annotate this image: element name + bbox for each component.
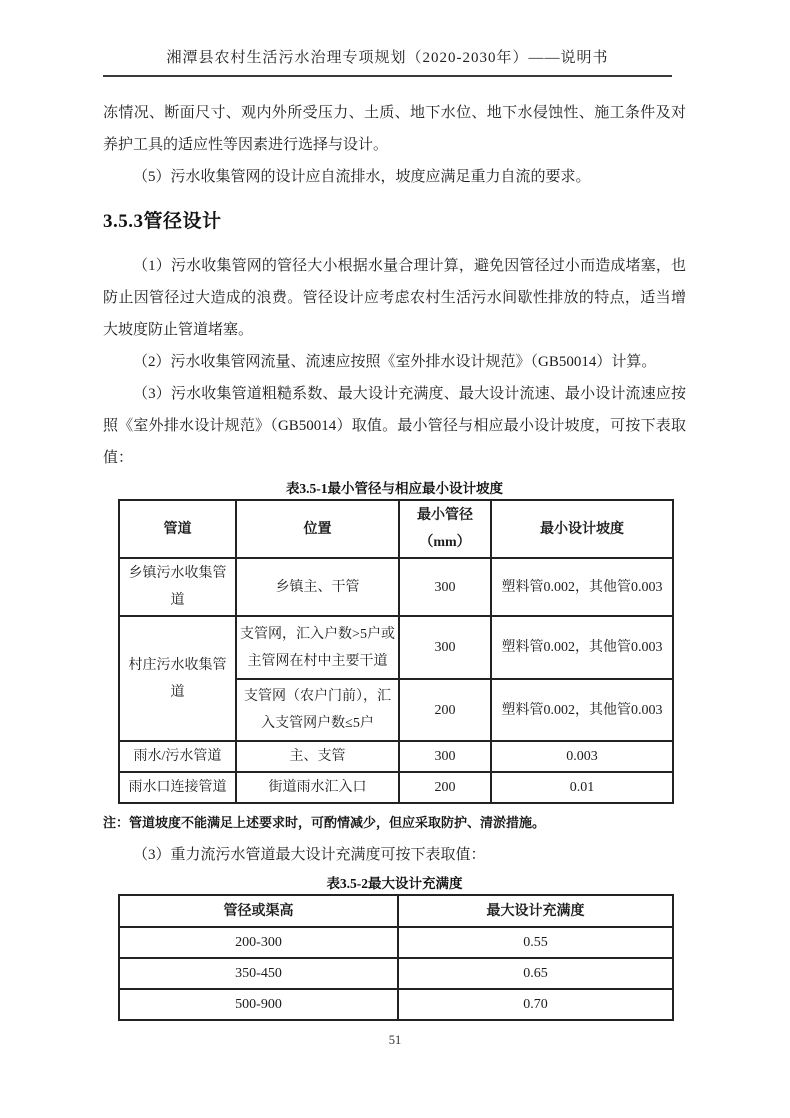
table1-note: 注：管道坡度不能满足上述要求时，可酌情减少，但应采取防护、清淤措施。 [103, 813, 686, 833]
table1-caption: 表3.5-1最小管径与相应最小设计坡度 [103, 478, 686, 499]
table1-header-min-slope: 最小设计坡度 [491, 500, 673, 558]
document-page: 湘潭县农村生活污水治理专项规划（2020-2030年）——说明书 冻情况、断面尺… [0, 0, 790, 1118]
paragraph-item3b: （3）重力流污水管道最大设计充满度可按下表取值： [103, 839, 686, 871]
section-heading-3-5-3: 3.5.3管径设计 [103, 206, 686, 233]
page-content: 冻情况、断面尺寸、观内外所受压力、土质、地下水位、地下水侵蚀性、施工条件及对养护… [103, 97, 686, 1021]
table1-cell: 雨水口连接管道 [119, 772, 236, 803]
table1-cell: 300 [399, 616, 491, 679]
table1-cell-merged-village: 村庄污水收集管道 [119, 616, 236, 741]
table1-header-min-diameter: 最小管径（mm） [399, 500, 491, 558]
table2-cell: 0.65 [398, 958, 673, 989]
table1-cell: 200 [399, 772, 491, 803]
table1-cell: 乡镇主、干管 [236, 558, 399, 616]
table1-cell: 0.003 [491, 741, 673, 772]
table2-cell: 200-300 [119, 927, 398, 958]
table1-cell: 主、支管 [236, 741, 399, 772]
document-header-title: 湘潭县农村生活污水治理专项规划（2020-2030年）——说明书 [103, 0, 672, 77]
table-max-fill-degree: 管径或渠高 最大设计充满度 200-300 0.55 350-450 0.65 … [118, 894, 674, 1021]
table1-header-location: 位置 [236, 500, 399, 558]
table-row: 200-300 0.55 [119, 927, 673, 958]
table1-cell: 塑料管0.002，其他管0.003 [491, 679, 673, 741]
table1-cell: 支管网（农户门前），汇入支管网户数≤5户 [236, 679, 399, 741]
table-row: 雨水口连接管道 街道雨水汇入口 200 0.01 [119, 772, 673, 803]
table1-header-pipe: 管道 [119, 500, 236, 558]
table-row: 管径或渠高 最大设计充满度 [119, 895, 673, 927]
table2-cell: 0.55 [398, 927, 673, 958]
table2-header-diameter: 管径或渠高 [119, 895, 398, 927]
table-min-diameter-slope: 管道 位置 最小管径（mm） 最小设计坡度 乡镇污水收集管道 乡镇主、干管 30… [118, 499, 674, 804]
table1-cell: 200 [399, 679, 491, 741]
table1-cell: 塑料管0.002，其他管0.003 [491, 616, 673, 679]
table-row: 乡镇污水收集管道 乡镇主、干管 300 塑料管0.002，其他管0.003 [119, 558, 673, 616]
page-number: 51 [0, 1033, 790, 1048]
table1-cell: 乡镇污水收集管道 [119, 558, 236, 616]
paragraph-item1: （1）污水收集管网的管径大小根据水量合理计算，避免因管径过小而造成堵塞，也防止因… [103, 250, 686, 346]
table2-cell: 500-900 [119, 989, 398, 1020]
table1-cell: 300 [399, 741, 491, 772]
table1-cell: 0.01 [491, 772, 673, 803]
table1-cell: 街道雨水汇入口 [236, 772, 399, 803]
table1-cell: 支管网，汇入户数>5户或主管网在村中主要干道 [236, 616, 399, 679]
table-row: 350-450 0.65 [119, 958, 673, 989]
paragraph-continuation: 冻情况、断面尺寸、观内外所受压力、土质、地下水位、地下水侵蚀性、施工条件及对养护… [103, 97, 686, 161]
table2-cell: 0.70 [398, 989, 673, 1020]
paragraph-item3: （3）污水收集管道粗糙系数、最大设计充满度、最大设计流速、最小设计流速应按照《室… [103, 378, 686, 474]
table-row: 雨水/污水管道 主、支管 300 0.003 [119, 741, 673, 772]
paragraph-item2: （2）污水收集管网流量、流速应按照《室外排水设计规范》（GB50014）计算。 [103, 346, 686, 378]
table-row: 村庄污水收集管道 支管网，汇入户数>5户或主管网在村中主要干道 300 塑料管0… [119, 616, 673, 679]
table-row: 500-900 0.70 [119, 989, 673, 1020]
table2-caption: 表3.5-2最大设计充满度 [103, 873, 686, 894]
table2-header-fill: 最大设计充满度 [398, 895, 673, 927]
paragraph-item5: （5）污水收集管网的设计应自流排水，坡度应满足重力自流的要求。 [103, 161, 686, 193]
table1-cell: 300 [399, 558, 491, 616]
table1-cell: 雨水/污水管道 [119, 741, 236, 772]
table-row: 管道 位置 最小管径（mm） 最小设计坡度 [119, 500, 673, 558]
table2-cell: 350-450 [119, 958, 398, 989]
table1-cell: 塑料管0.002，其他管0.003 [491, 558, 673, 616]
